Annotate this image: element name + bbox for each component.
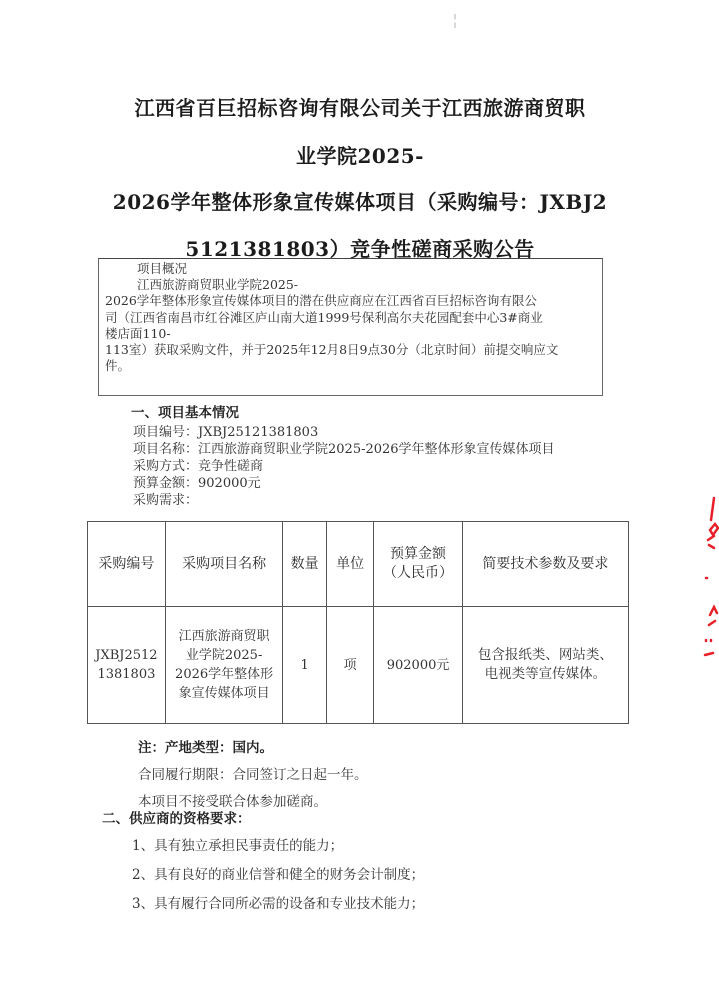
title-line-3: 2026学年整体形象宣传媒体项目（采购编号：JXBJ2	[100, 186, 620, 215]
contract-period: 合同履行期限：合同签订之日起一年。	[138, 763, 368, 790]
header-quantity: 数量	[283, 522, 327, 607]
document-page: 江西省百巨招标咨询有限公司关于江西旅游商贸职 业学院2025- 2026学年整体…	[0, 0, 719, 984]
desc-line-1: 包含报纸类、网站类、	[478, 647, 613, 663]
overview-line: 件。	[105, 358, 596, 374]
procurement-requirements-table: 采购编号 采购项目名称 数量 单位 预算金额 （人民币） 简要技术参数及要求 J…	[87, 521, 629, 724]
cell-tech-requirements: 包含报纸类、网站类、 电视类等宣传媒体。	[462, 607, 628, 724]
header-name: 采购项目名称	[165, 522, 282, 607]
procurement-demand-label: 采购需求：	[133, 492, 555, 509]
header-code: 采购编号	[88, 522, 166, 607]
budget-amount: 预算金额：902000元	[133, 475, 555, 492]
name-line: 业学院2025-	[186, 648, 262, 663]
code-line-2: 1381803	[97, 667, 155, 682]
origin-note: 注：产地类型：国内。	[138, 736, 368, 763]
code-line-1: JXBJ2512	[95, 648, 157, 663]
desc-line-2: 电视类等宣传媒体。	[485, 666, 607, 682]
cell-unit: 项	[326, 607, 373, 724]
section-1-heading: 一、项目基本情况	[131, 405, 555, 422]
basic-info-section: 一、项目基本情况 项目编号：JXBJ25121381803 项目名称：江西旅游商…	[133, 405, 555, 509]
project-name: 项目名称：江西旅游商贸职业学院2025-2026学年整体形象宣传媒体项目	[133, 441, 555, 458]
cell-code: JXBJ2512 1381803	[88, 607, 166, 724]
red-seal-stamp-icon	[700, 490, 719, 680]
overview-line: 司（江西省南昌市红谷滩区庐山南大道1999号保利高尔夫花园配套中心3#商业	[105, 310, 596, 326]
title-line-1: 江西省百巨招标咨询有限公司关于江西旅游商贸职	[100, 92, 620, 121]
table-row: JXBJ2512 1381803 江西旅游商贸职 业学院2025- 2026学年…	[88, 607, 629, 724]
overview-heading: 项目概况	[105, 261, 596, 277]
qualification-item: 1、具有独立承担民事责任的能力；	[132, 834, 424, 863]
project-number: 项目编号：JXBJ25121381803	[133, 424, 555, 441]
cell-budget: 902000元	[374, 607, 462, 724]
procurement-method: 采购方式：竞争性磋商	[133, 458, 555, 475]
name-line: 2026学年整体形	[175, 667, 273, 682]
header-budget-line2: （人民币）	[383, 565, 453, 581]
header-budget-line1: 预算金额	[390, 546, 446, 562]
qualification-list: 1、具有独立承担民事责任的能力； 2、具有良好的商业信誉和健全的财务会计制度； …	[132, 834, 424, 921]
title-line-2: 业学院2025-	[100, 140, 620, 169]
notes-block: 注：产地类型：国内。 合同履行期限：合同签订之日起一年。 本项目不接受联合体参加…	[138, 736, 368, 817]
name-line: 象宣传媒体项目	[179, 686, 270, 701]
table-header-row: 采购编号 采购项目名称 数量 单位 预算金额 （人民币） 简要技术参数及要求	[88, 522, 629, 607]
project-overview-box: 项目概况 江西旅游商贸职业学院2025- 2026学年整体形象宣传媒体项目的潜在…	[98, 258, 603, 396]
qualification-item: 3、具有履行合同所必需的设备和专业技术能力；	[132, 892, 424, 921]
header-budget: 预算金额 （人民币）	[374, 522, 462, 607]
header-tech-requirements: 简要技术参数及要求	[462, 522, 628, 607]
name-line: 江西旅游商贸职	[179, 629, 270, 644]
qualification-item: 2、具有良好的商业信誉和健全的财务会计制度；	[132, 863, 424, 892]
cell-project-name: 江西旅游商贸职 业学院2025- 2026学年整体形 象宣传媒体项目	[165, 607, 282, 724]
overview-line: 113室）获取采购文件，并于2025年12月8日9点30分（北京时间）前提交响应…	[105, 342, 596, 358]
header-unit: 单位	[326, 522, 373, 607]
scan-artifact	[454, 14, 456, 28]
cell-quantity: 1	[283, 607, 327, 724]
overview-line: 江西旅游商贸职业学院2025-	[105, 277, 596, 293]
overview-line: 楼店面110-	[105, 326, 596, 342]
overview-line: 2026学年整体形象宣传媒体项目的潜在供应商应在江西省百巨招标咨询有限公	[105, 293, 596, 309]
section-2-heading: 二、供应商的资格要求：	[102, 807, 251, 827]
